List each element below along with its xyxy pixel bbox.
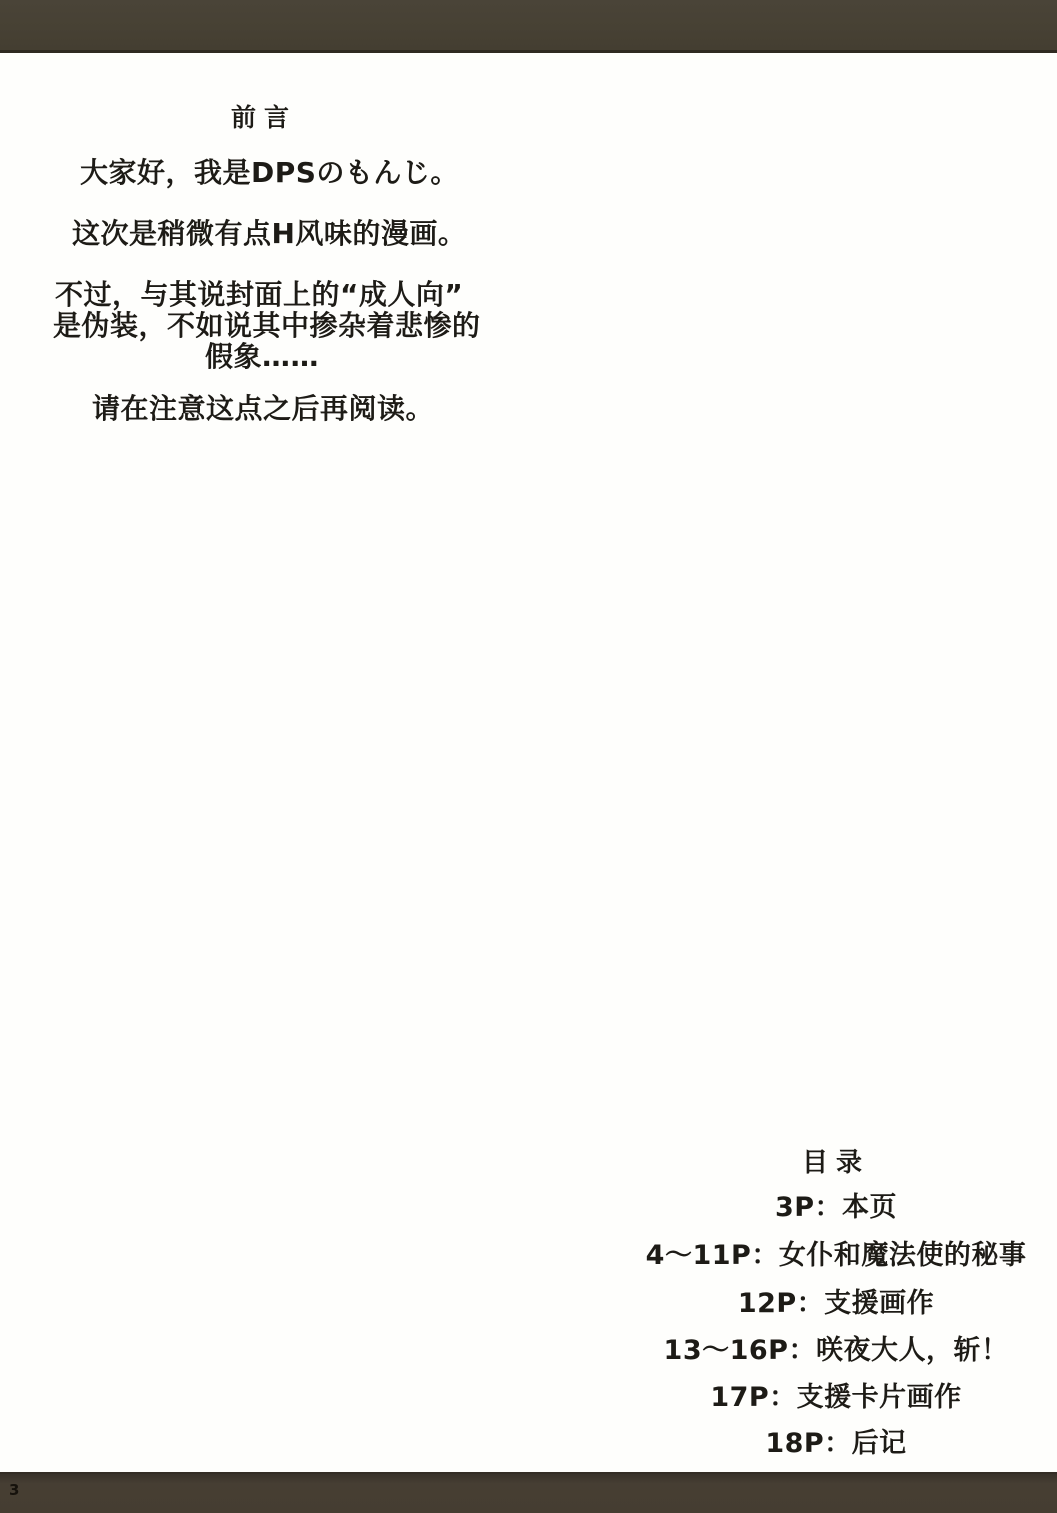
toc-entry-second-story: 13～16P：咲夜大人，斩！ <box>615 1336 1057 1366</box>
page-number-label: 3 <box>9 1483 19 1498</box>
preface-line-note-3: 假象…… <box>205 342 319 373</box>
preface-title: 前言 <box>231 104 297 132</box>
toc-title: 目录 <box>615 1149 1057 1178</box>
preface-line-note-2: 是伪装，不如说其中掺杂着悲惨的 <box>53 311 481 342</box>
toc-entry-afterword: 18P：后记 <box>615 1429 1057 1459</box>
toc-entry-main-story: 4～11P：女仆和魔法使的秘事 <box>615 1241 1057 1271</box>
preface-line-note-1: 不过，与其说封面上的“成人向” <box>55 280 463 311</box>
preface-line-greeting: 大家好，我是DPSのもんじ。 <box>80 158 459 189</box>
top-border-band <box>0 0 1057 53</box>
bottom-border-band: 3 <box>0 1472 1057 1513</box>
toc-entry-guest-art: 12P：支援画作 <box>615 1289 1057 1319</box>
toc-entry-guest-card-art: 17P：支援卡片画作 <box>615 1383 1057 1413</box>
preface-line-reminder: 请在注意这点之后再阅读。 <box>92 394 434 425</box>
preface-line-intro: 这次是稍微有点H风味的漫画。 <box>72 219 466 250</box>
toc-entry-this-page: 3P：本页 <box>615 1193 1057 1223</box>
scanned-doujin-preface-page: 前言 大家好，我是DPSのもんじ。 这次是稍微有点H风味的漫画。 不过，与其说封… <box>0 0 1057 1513</box>
